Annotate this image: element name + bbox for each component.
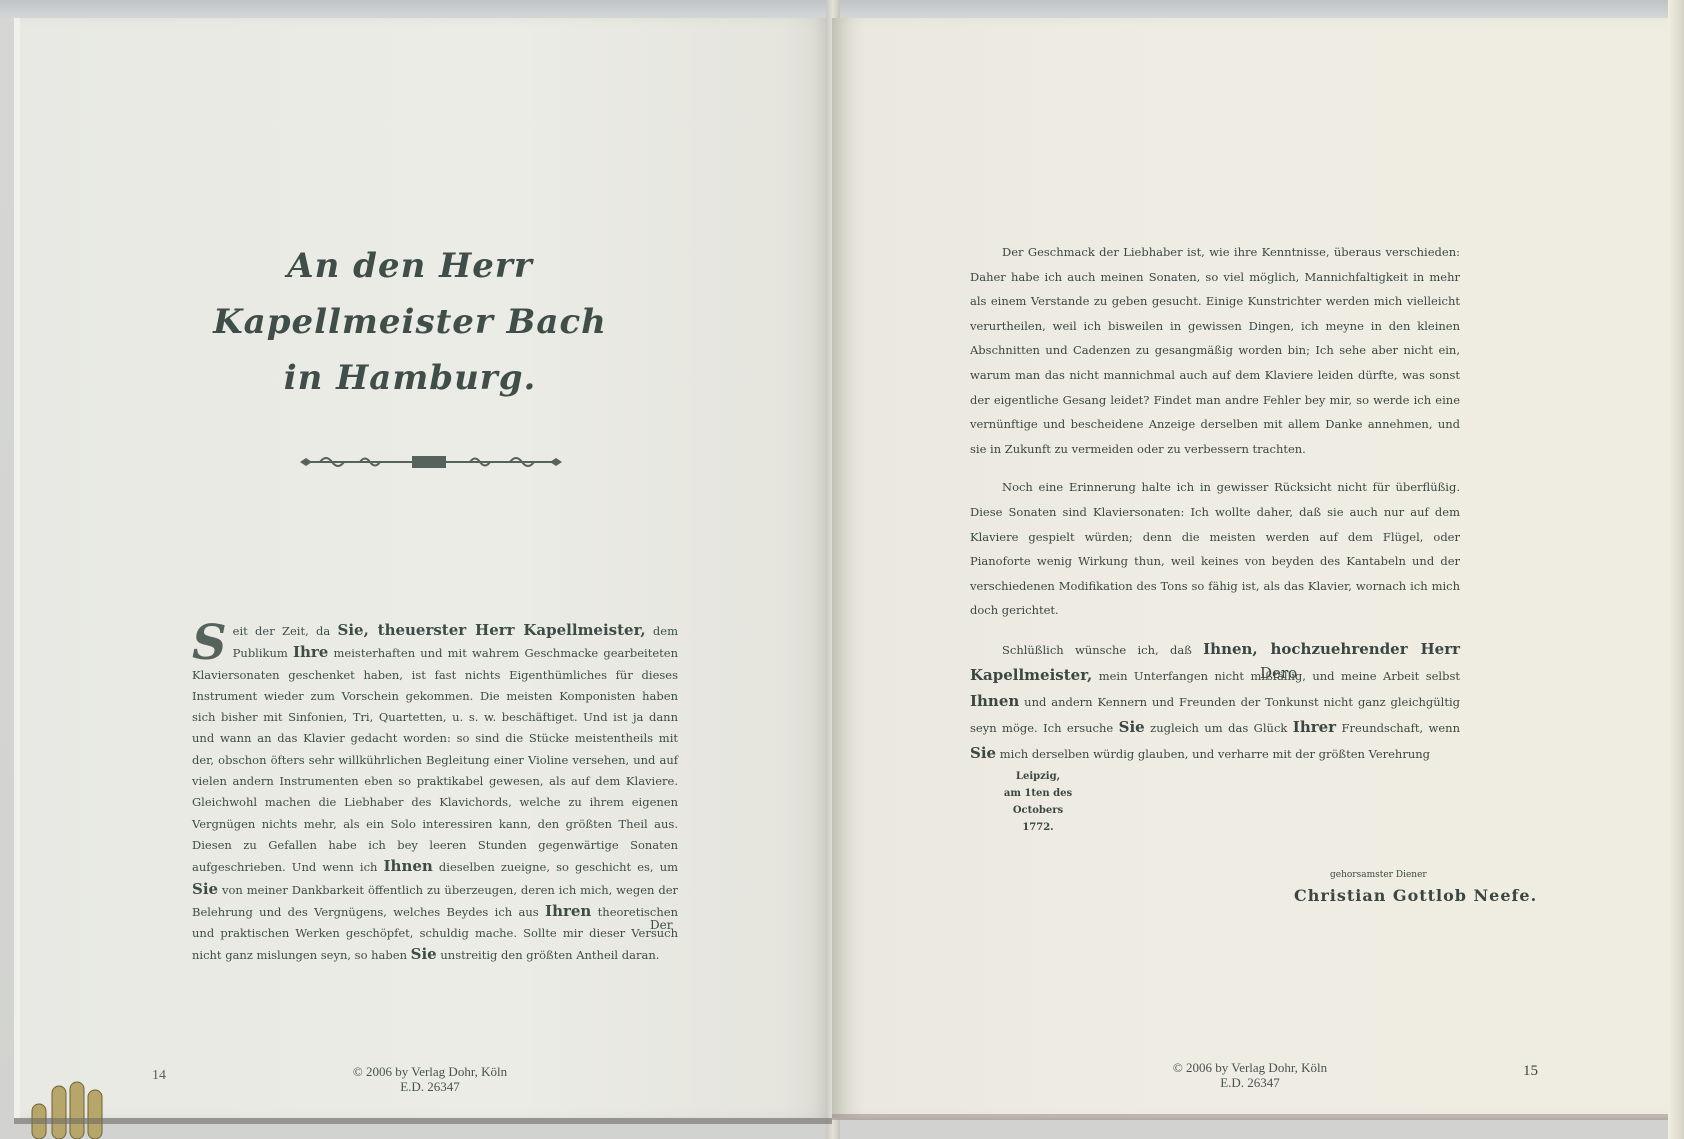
text-segment-emphasis: Sie [1119, 718, 1145, 736]
page-bottom-edge [14, 1118, 832, 1124]
footer-right: © 2006 by Verlag Dohr, Köln E.D. 26347 [1140, 1060, 1360, 1090]
paragraph: Der Geschmack der Liebhaber ist, wie ihr… [970, 240, 1460, 461]
text-segment-emphasis: Ihnen [384, 857, 433, 875]
page-title: An den Herr Kapellmeister Bach in Hambur… [180, 238, 640, 406]
text-segment-emphasis: Ihnen [970, 692, 1019, 710]
open-book: An den Herr Kapellmeister Bach in Hambur… [0, 0, 1684, 1139]
signature: Christian Gottlob Neefe. [1294, 886, 1537, 905]
dedication-letter-right: Der Geschmack der Liebhaber ist, wie ihr… [970, 240, 1460, 781]
footer-left: © 2006 by Verlag Dohr, Köln E.D. 26347 [320, 1064, 540, 1094]
text-segment-emphasis: Ihre [293, 643, 328, 661]
date: am 1ten des Octobers [988, 785, 1088, 819]
year: 1772. [988, 819, 1088, 836]
page-number-right: 15 [1523, 1063, 1538, 1080]
text-segment: eit der Zeit, da [233, 624, 338, 638]
text-segment: meisterhaften und mit wahrem Geschmacke … [192, 646, 678, 874]
footer-edition: E.D. 26347 [320, 1079, 540, 1094]
footer-copyright: © 2006 by Verlag Dohr, Köln [1140, 1060, 1360, 1075]
text-segment-emphasis: Ihrer [1293, 718, 1336, 736]
text-segment: mich derselben würdig glauben, und verha… [996, 747, 1430, 761]
page-number-left: 14 [152, 1068, 166, 1084]
paragraph: Noch eine Erinnerung halte ich in gewiss… [970, 475, 1460, 623]
closing-word: Dero [1260, 664, 1297, 682]
footer-edition: E.D. 26347 [1140, 1075, 1360, 1090]
catchword: Der [650, 918, 672, 932]
title-line-2: in Hamburg. [180, 350, 640, 406]
text-segment: dieselben zueigne, so geschicht es, um [433, 860, 678, 874]
servant-line: gehorsamster Diener [1330, 870, 1427, 880]
title-line-1: An den Herr Kapellmeister Bach [180, 238, 640, 350]
footer-copyright: © 2006 by Verlag Dohr, Köln [320, 1064, 540, 1079]
text-segment-emphasis: Ihren [545, 902, 591, 920]
dropcap: S [192, 622, 227, 664]
text-segment-emphasis: Sie [970, 744, 996, 762]
paragraph-closing: Schlüßlich wünsche ich, daß Ihnen, hochz… [970, 637, 1460, 767]
text-segment: zugleich um das Glück [1145, 721, 1293, 735]
text-segment-emphasis: Sie [411, 945, 437, 963]
place-date: Leipzig, am 1ten des Octobers 1772. [988, 768, 1088, 836]
text-segment-emphasis: Sie, theuerster Herr Kapellmeister, [338, 621, 646, 639]
text-segment: Freundschaft, wenn [1336, 721, 1460, 735]
page-bottom-edge [832, 1114, 1668, 1120]
text-segment: unstreitig den größten Antheil daran. [437, 948, 660, 962]
dedication-letter-left: S eit der Zeit, da Sie, theuerster Herr … [192, 620, 678, 967]
place: Leipzig, [988, 768, 1088, 785]
hand-figurine-icon [22, 1076, 112, 1139]
page-stack-edge [1668, 0, 1684, 1139]
ornament-divider-icon [300, 454, 562, 470]
text-segment-emphasis: Sie [192, 880, 218, 898]
background-top [0, 0, 1684, 18]
text-segment: Schlüßlich wünsche ich, daß [1002, 643, 1203, 657]
